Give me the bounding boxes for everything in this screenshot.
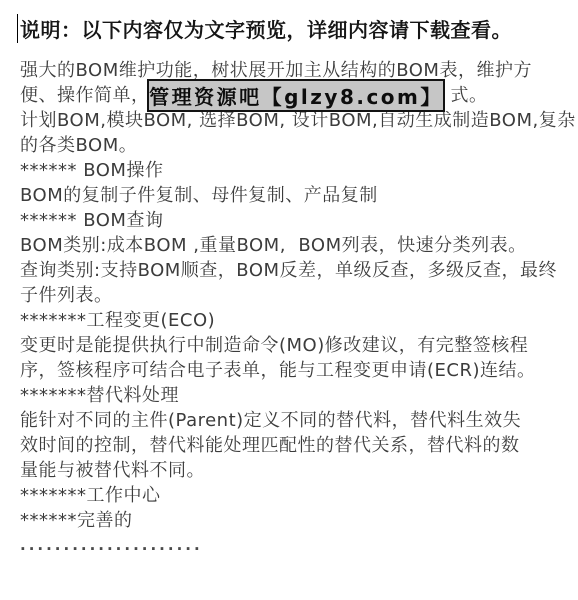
text-line: 子件列表。	[20, 283, 576, 308]
text-line: 序，签核程序可结合电子表单，能与工程变更申请(ECR)连结。	[20, 358, 576, 383]
section-header-substitute-material: *******替代料处理	[20, 383, 576, 408]
text-fragment-left: 便、操作简单，	[20, 83, 150, 108]
text-line: 效时间的控制，替代料能处理匹配性的替代关系，替代料的数	[20, 433, 576, 458]
text-fragment-right: 式。	[451, 83, 488, 108]
watermark-overlay-glzy8: 管理资源吧【glzy8.com】	[147, 79, 445, 112]
text-line: BOM的复制子件复制、母件复制、产品复制	[20, 183, 576, 208]
section-header-bom-query: ****** BOM查询	[20, 208, 576, 233]
section-header-work-center: *******工作中心	[20, 483, 576, 508]
section-header-bom-operations: ****** BOM操作	[20, 158, 576, 183]
text-line: 的各类BOM。	[20, 133, 576, 158]
text-line: 量能与被替代料不同。	[20, 458, 576, 483]
section-header-complete: ******完善的	[20, 508, 576, 533]
text-line: 变更时是能提供执行中制造命令(MO)修改建议，有完整签核程	[20, 333, 576, 358]
document-body: 强大的BOM维护功能，树状展开加主从结构的BOM表，维护方 便、操作简单，式。 …	[20, 58, 576, 558]
text-cursor	[17, 14, 18, 43]
section-header-eco: *******工程变更(ECO)	[20, 308, 576, 333]
text-line: BOM类别:成本BOM ,重量BOM, BOM列表，快速分类列表。	[20, 233, 576, 258]
text-line: 查询类别:支持BOM顺查，BOM反差，单级反查，多级反查，最终	[20, 258, 576, 283]
notice-heading: 说明：以下内容仅为文字预览，详细内容请下载查看。	[20, 14, 512, 43]
ellipsis-line: .....................	[20, 533, 576, 558]
text-line: 能针对不同的主件(Parent)定义不同的替代料，替代料生效失	[20, 408, 576, 433]
